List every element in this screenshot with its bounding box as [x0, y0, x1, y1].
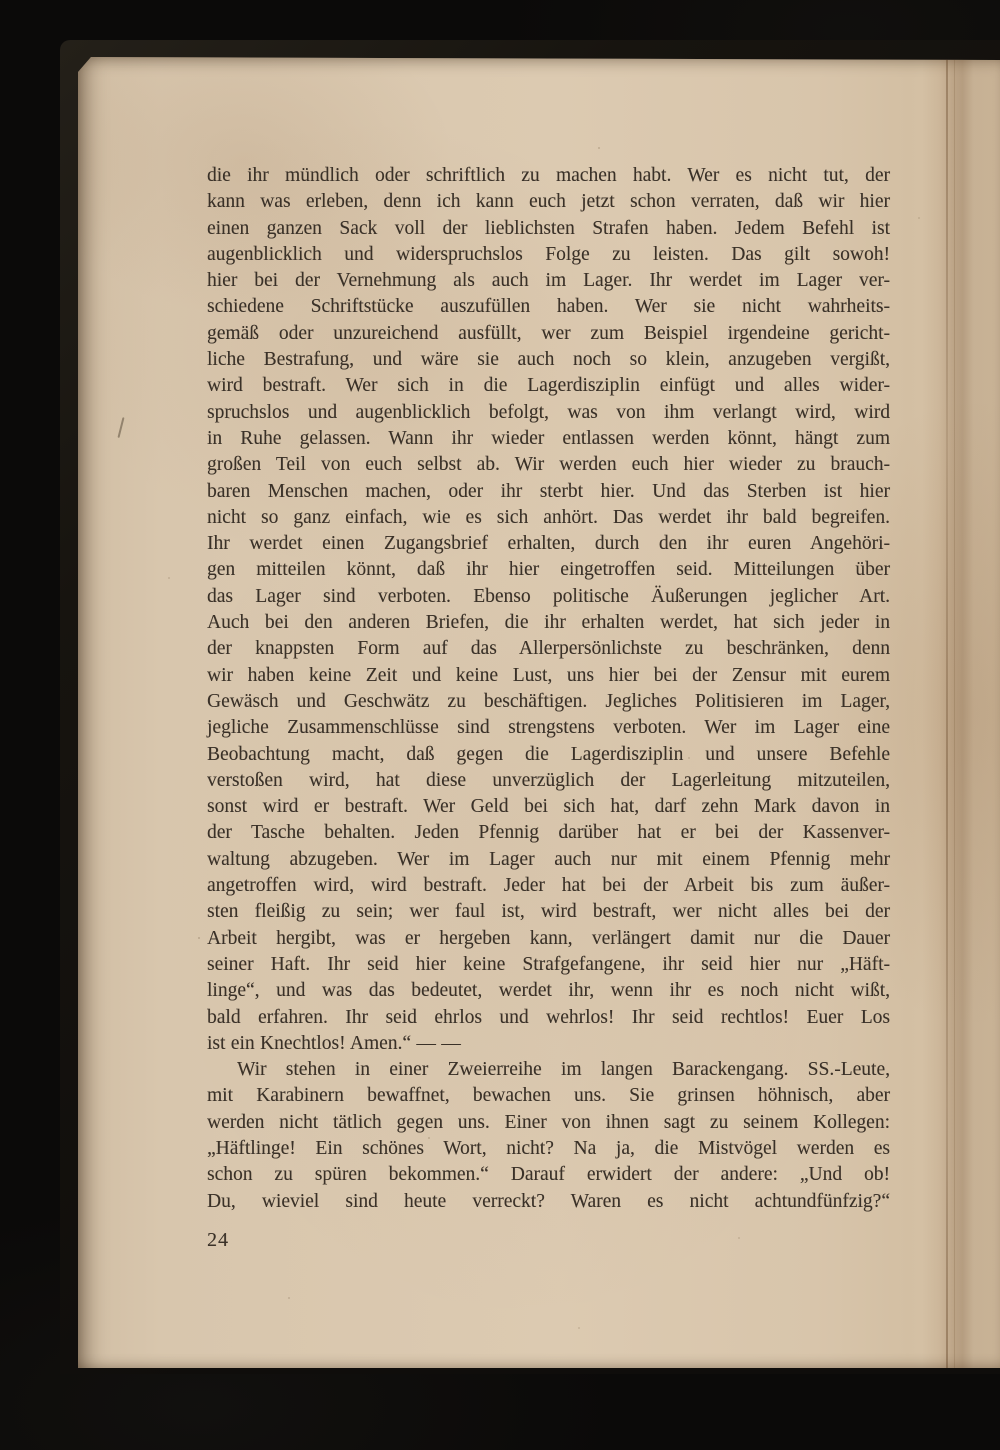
text-line: ist ein Knechtlos! Amen.“ — — — [207, 1031, 890, 1057]
text-line: die ihr mündlich oder schriftlich zu mac… — [207, 163, 890, 189]
text-line: augenblicklich und widerspruchslos Folge… — [207, 242, 890, 268]
text-line: verstoßen wird, hat diese unverzüglich d… — [207, 768, 890, 794]
text-line: großen Teil von euch selbst ab. Wir werd… — [207, 452, 890, 478]
page-text-block: die ihr mündlich oder schriftlich zu mac… — [207, 163, 890, 1215]
text-line: einen ganzen Sack voll der lieblichsten … — [207, 216, 890, 242]
text-line: der knappsten Form auf das Allerpersönli… — [207, 636, 890, 662]
text-line: liche Bestrafung, und wäre sie auch noch… — [207, 347, 890, 373]
text-line: Gewäsch und Geschwätz zu beschäftigen. J… — [207, 689, 890, 715]
text-line: das Lager sind verboten. Ebenso politisc… — [207, 584, 890, 610]
text-line: gen mitteilen könnt, daß ihr hier einget… — [207, 557, 890, 583]
text-line: gemäß oder unzureichend ausfüllt, wer zu… — [207, 321, 890, 347]
text-line: Wir stehen in einer Zweierreihe im lange… — [207, 1057, 890, 1083]
text-line: in Ruhe gelassen. Wann ihr wieder entlas… — [207, 426, 890, 452]
text-line: Auch bei den anderen Briefen, die ihr er… — [207, 610, 890, 636]
text-line: werden nicht tätlich gegen uns. Einer vo… — [207, 1110, 890, 1136]
text-line: schon zu spüren bekommen.“ Darauf erwide… — [207, 1162, 890, 1188]
text-line: Beobachtung macht, daß gegen die Lagerdi… — [207, 742, 890, 768]
text-line: spruchslos und augenblicklich befolgt, w… — [207, 400, 890, 426]
gutter-crease-line — [946, 57, 948, 1368]
text-line: Du, wieviel sind heute verreckt? Waren e… — [207, 1189, 890, 1215]
text-line: sonst wird er bestraft. Wer Geld bei sic… — [207, 794, 890, 820]
text-line: der Tasche behalten. Jeden Pfennig darüb… — [207, 820, 890, 846]
text-line: mit Karabinern bewaffnet, bewachen uns. … — [207, 1083, 890, 1109]
text-line: Ihr werdet einen Zugangsbrief erhalten, … — [207, 531, 890, 557]
text-line: kann was erleben, denn ich kann euch jet… — [207, 189, 890, 215]
text-line: sten fleißig zu sein; wer faul ist, wird… — [207, 899, 890, 925]
text-line: baren Menschen machen, oder ihr sterbt h… — [207, 479, 890, 505]
text-line: angetroffen wird, wird bestraft. Jeder h… — [207, 873, 890, 899]
page-number: 24 — [207, 1229, 229, 1252]
book-page: die ihr mündlich oder schriftlich zu mac… — [78, 57, 1000, 1368]
text-line: waltung abzugeben. Wer im Lager auch nur… — [207, 847, 890, 873]
text-line: „Häftlinge! Ein schönes Wort, nicht? Na … — [207, 1136, 890, 1162]
text-line: nicht so ganz einfach, wie es sich anhör… — [207, 505, 890, 531]
text-line: bald erfahren. Ihr seid ehrlos und wehrl… — [207, 1005, 890, 1031]
text-line: wir haben keine Zeit und keine Lust, uns… — [207, 663, 890, 689]
text-line: linge“, und was das bedeutet, werdet ihr… — [207, 978, 890, 1004]
gutter-crease-line-faint — [954, 57, 955, 1368]
book-scan-background: die ihr mündlich oder schriftlich zu mac… — [0, 0, 1000, 1450]
text-line: wird bestraft. Wer sich in die Lagerdisz… — [207, 373, 890, 399]
pencil-mark — [117, 417, 124, 438]
text-line: hier bei der Vernehmung als auch im Lage… — [207, 268, 890, 294]
text-line: schiedene Schriftstücke auszufüllen habe… — [207, 294, 890, 320]
text-line: Arbeit hergibt, was er hergeben kann, ve… — [207, 926, 890, 952]
text-line: seiner Haft. Ihr seid hier keine Strafge… — [207, 952, 890, 978]
binding-gutter — [922, 57, 1000, 1368]
text-line: jegliche Zusammenschlüsse sind strengste… — [207, 715, 890, 741]
